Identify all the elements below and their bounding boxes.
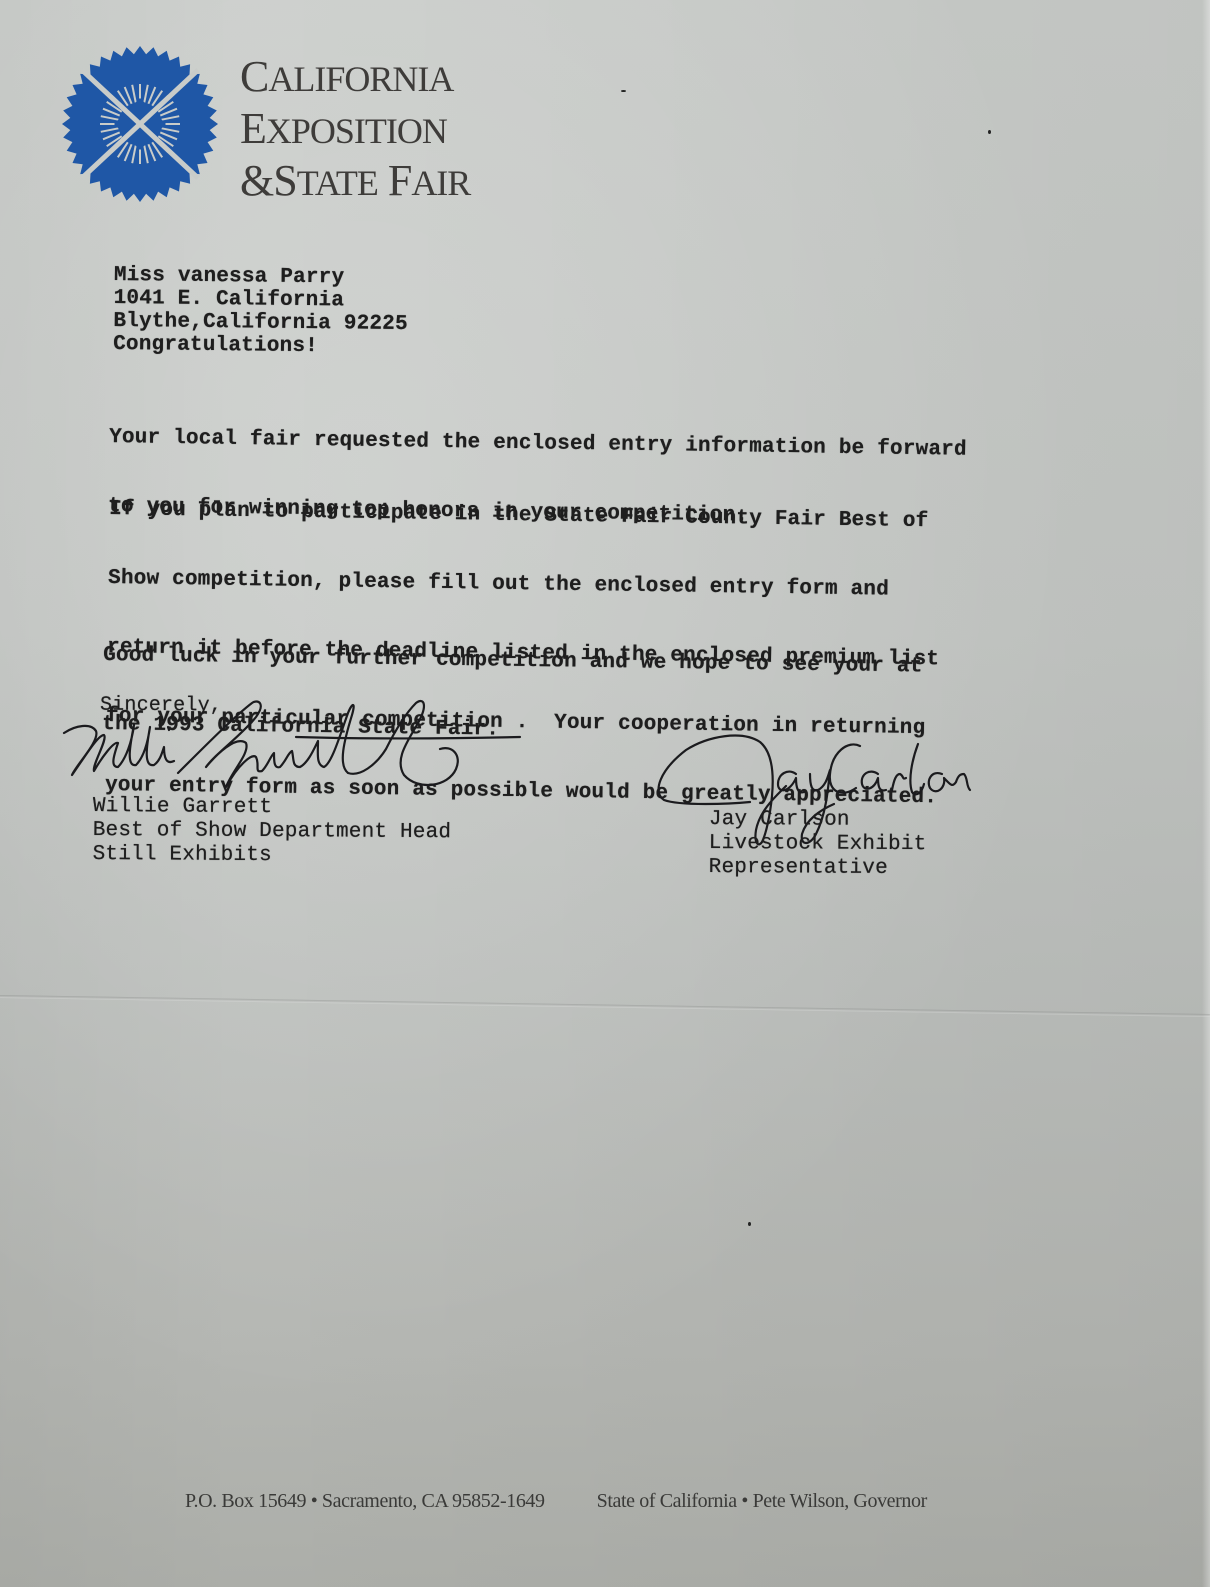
org-name-line3: &STATE FAIR — [240, 156, 470, 208]
letterhead-footer: P.O. Box 15649 • Sacramento, CA 95852-16… — [185, 1490, 927, 1513]
recipient-name: Miss vanessa Parry — [114, 264, 409, 290]
paper-speck — [621, 90, 626, 92]
org-name-line2: EXPOSITION — [240, 104, 470, 156]
starburst-seal-icon — [58, 46, 222, 202]
recipient-street: 1041 E. California — [114, 287, 409, 313]
signatory-department: Representative — [709, 856, 927, 881]
recipient-address: Miss vanessa Parry1041 E. CaliforniaBlyt… — [113, 264, 408, 359]
signatory-name: Willie Garrett — [93, 795, 452, 821]
signatory-name: Jay Carlson — [709, 808, 927, 833]
paper-fold-crease — [0, 995, 1210, 1017]
paper-edge — [1202, 0, 1210, 1587]
signatory-2: Jay CarlsonLivestock ExhibitRepresentati… — [709, 808, 927, 881]
org-name-line1: CALIFORNIA — [240, 52, 470, 104]
signatory-title: Livestock Exhibit — [709, 832, 927, 857]
paper-speck — [988, 130, 991, 134]
footer-state-line: State of California • Pete Wilson, Gover… — [597, 1490, 927, 1513]
paper-speck — [748, 1222, 751, 1226]
footer-address: P.O. Box 15649 • Sacramento, CA 95852-16… — [185, 1490, 545, 1513]
paragraph-line: Show competition, please fill out the en… — [108, 567, 940, 602]
recipient-city-state-zip: Blythe,California 92225 — [113, 310, 408, 336]
organization-name: CALIFORNIA EXPOSITION &STATE FAIR — [240, 52, 470, 208]
greeting: Congratulations! — [113, 333, 408, 359]
signatory-1: Willie GarrettBest of Show Department He… — [93, 795, 452, 869]
paragraph-line: Good luck in your further competition an… — [103, 644, 923, 678]
signatory-title: Best of Show Department Head — [93, 819, 452, 845]
signatory-department: Still Exhibits — [93, 843, 452, 869]
paragraph-line: If you plan to participate in the State … — [109, 498, 941, 533]
handwritten-signature-icon — [56, 695, 526, 800]
